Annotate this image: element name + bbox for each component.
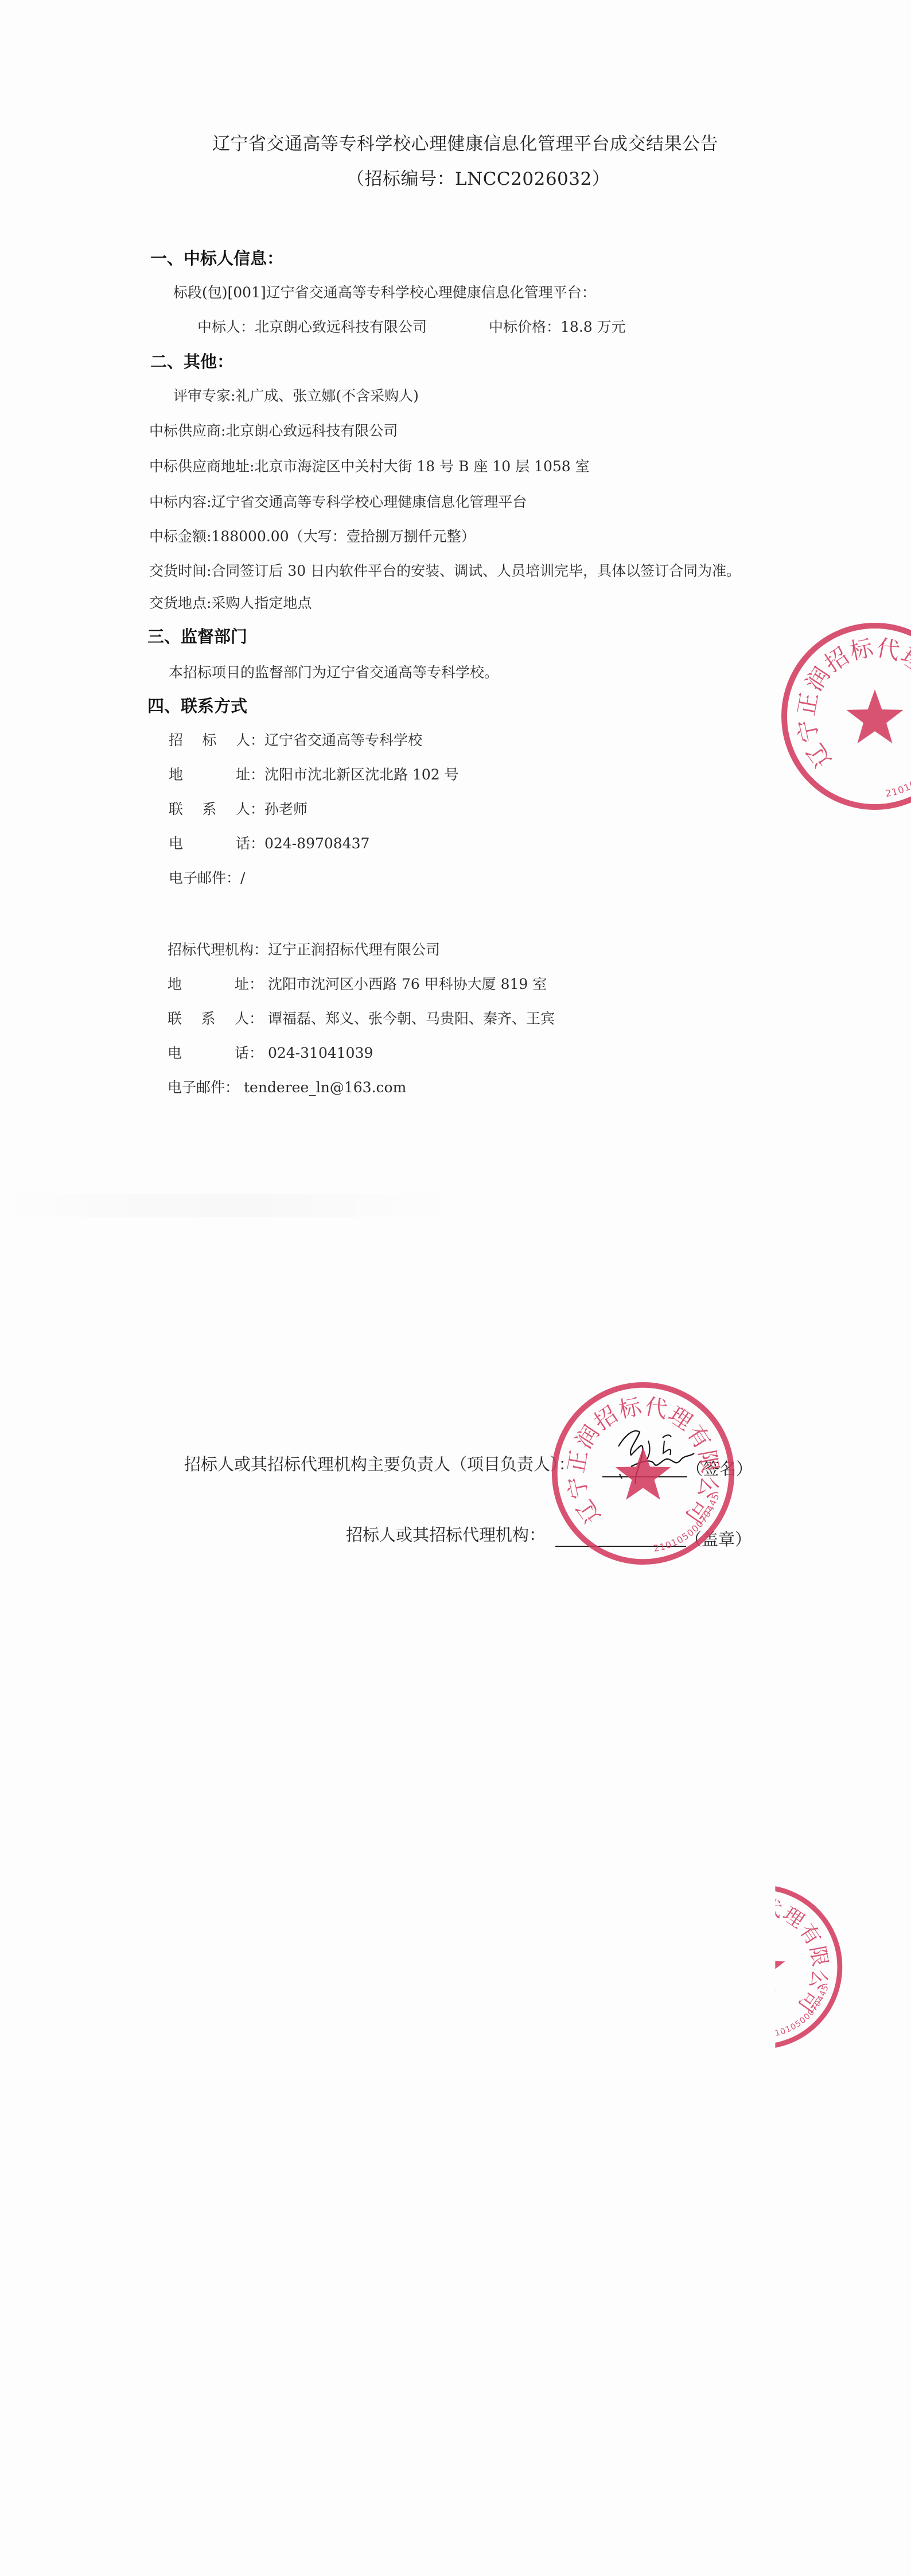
agency-phone: 024-31041039: [268, 1045, 373, 1061]
section-heading-winner-info: 一、中标人信息：: [150, 250, 283, 267]
tenderer-email: /: [240, 870, 245, 886]
price-value: 18.8 万元: [560, 319, 626, 335]
tenderer-contact-line: 联系人：孙老师: [169, 802, 307, 816]
agency-address-line: 地址： 沈阳市沈河区小西路 76 甲科协大厦 819 室: [168, 977, 547, 991]
tenderer-phone-line: 电话：024-89708437: [169, 836, 369, 851]
tenderer-email-label: 电子邮件: [169, 870, 226, 886]
agency-name-label: 招标代理机构：: [168, 941, 268, 958]
agency-name: 辽宁正润招标代理有限公司: [268, 941, 440, 958]
price-line: 中标价格：18.8 万元: [489, 320, 626, 334]
svg-text:润: 润: [695, 1919, 726, 1949]
lot-line: 标段(包)[001]辽宁省交通高等专科学校心理健康信息化管理平台：: [173, 285, 596, 300]
svg-text:限: 限: [805, 1944, 832, 1968]
winner-name: 北京朗心致远科技有限公司: [255, 319, 427, 335]
tenderer-address-line: 地址：沈阳市沈北新区沈北路 102 号: [169, 767, 459, 782]
svg-text:宁: 宁: [793, 717, 824, 745]
svg-text:宁: 宁: [688, 1968, 716, 1992]
content-line: 中标内容:辽宁省交通高等专科学校心理健康信息化管理平台: [149, 495, 527, 509]
agency-phone-label: 电话: [168, 1046, 249, 1060]
company-seal-stamp: 辽宁正润招标代理有限公司21010500070445: [780, 622, 911, 811]
organization-label: 招标人或其招标代理机构：: [346, 1527, 546, 1543]
svg-text:正: 正: [688, 1944, 715, 1968]
price-label: 中标价格：: [489, 319, 560, 335]
agency-contact-line: 联系人： 谭福磊、郑义、张今朝、马贵阳、秦齐、王宾: [168, 1011, 555, 1026]
amount-line: 中标金额:188000.00（大写：壹拾捌万捌仟元整）: [149, 529, 476, 544]
company-seal-stamp: 辽宁正润招标代理有限公司21010500070445: [551, 1381, 735, 1566]
tenderer-name-label: 招标人: [169, 733, 250, 747]
winner-line: 中标人：北京朗心致远科技有限公司: [197, 320, 427, 334]
section-heading-supervision: 三、监督部门: [147, 629, 247, 645]
svg-text:正: 正: [563, 1448, 593, 1475]
scan-artifact: [0, 1194, 459, 1217]
tenderer-email-line: 电子邮件：/: [169, 871, 245, 885]
tender-number: （招标编号：LNCC2026032）: [347, 170, 610, 188]
document-title: 辽宁省交通高等专科学校心理健康信息化管理平台成交结果公告: [212, 135, 718, 153]
svg-text:辽: 辽: [696, 1986, 727, 2016]
tenderer-address-label: 地址: [169, 767, 250, 782]
svg-text:代: 代: [643, 1394, 669, 1423]
tenderer-address: 沈阳市沈北新区沈北路 102 号: [264, 766, 459, 783]
experts-line: 评审专家:礼广成、张立娜(不含采购人): [173, 389, 419, 403]
svg-text:宁: 宁: [563, 1474, 593, 1502]
svg-text:2: 2: [769, 2030, 776, 2039]
agency-address: 沈阳市沈河区小西路 76 甲科协大厦 819 室: [268, 976, 547, 992]
tenderer-name-line: 招标人：辽宁省交通高等专科学校: [169, 733, 422, 747]
tenderer-phone: 024-89708437: [264, 835, 369, 852]
section-heading-contact: 四、联系方式: [147, 698, 247, 715]
agency-address-label: 地址: [168, 977, 249, 991]
supplier-address-line: 中标供应商地址:北京市海淀区中关村大街 18 号 B 座 10 层 1058 室: [149, 459, 590, 474]
delivery-place-line: 交货地点:采购人指定地点: [149, 596, 312, 610]
svg-text:标: 标: [848, 634, 877, 665]
svg-text:代: 代: [874, 635, 902, 665]
tenderer-name: 辽宁省交通高等专科学校: [264, 732, 422, 748]
agency-email: tenderee_ln@163.com: [244, 1079, 406, 1096]
agency-email-line: 电子邮件： tenderee_ln@163.com: [168, 1080, 406, 1095]
tenderer-phone-label: 电话: [169, 836, 250, 851]
agency-email-label: 电子邮件: [168, 1079, 225, 1096]
responsible-person-label: 招标人或其招标代理机构主要负责人（项目负责人）：: [184, 1456, 575, 1473]
supplier-line: 中标供应商:北京朗心致远科技有限公司: [149, 424, 398, 438]
svg-text:标: 标: [617, 1394, 645, 1423]
agency-contact: 谭福磊、郑义、张今朝、马贵阳、秦齐、王宾: [268, 1010, 555, 1027]
agency-phone-line: 电话： 024-31041039: [168, 1046, 373, 1060]
agency-contact-label: 联系人: [168, 1011, 249, 1026]
supervision-text: 本招标项目的监督部门为辽宁省交通高等专科学校。: [169, 665, 499, 680]
svg-text:正: 正: [793, 690, 824, 718]
agency-name-line: 招标代理机构：辽宁正润招标代理有限公司: [168, 942, 440, 957]
tenderer-contact-label: 联系人: [169, 802, 250, 816]
svg-text:标: 标: [736, 1895, 761, 1922]
section-heading-other: 二、其他：: [150, 354, 233, 370]
svg-text:招: 招: [712, 1902, 742, 1933]
svg-text:限: 限: [694, 1448, 723, 1475]
winner-label: 中标人：: [197, 319, 255, 335]
tenderer-contact: 孙老师: [264, 801, 307, 817]
partial-seal-stamp: 辽宁正润招标代理有限公司21010500070445: [677, 1884, 843, 2050]
delivery-time-line: 交货时间:合同签订后 30 日内软件平台的安装、调试、人员培训完毕，具体以签订合…: [149, 564, 741, 578]
